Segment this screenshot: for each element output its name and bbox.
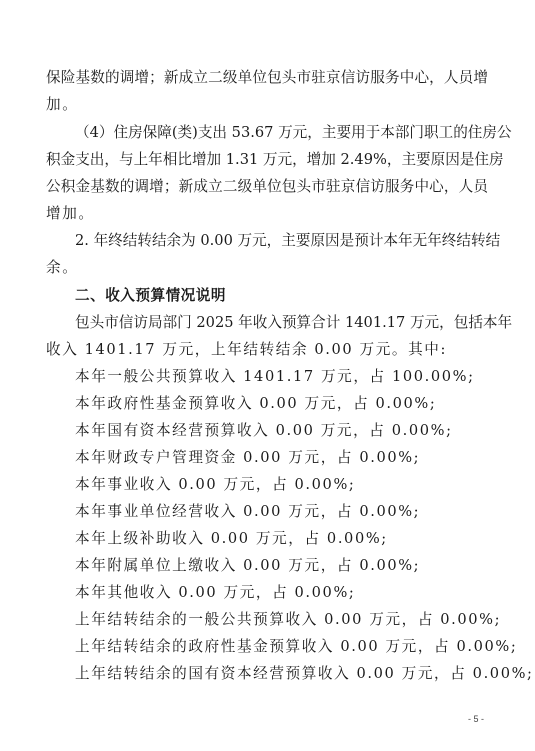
paragraph-line: 包头市信访局部门 2025 年收入预算合计 1401.17 万元，包括本年	[75, 312, 488, 334]
income-item: 本年政府性基金预算收入 0.00 万元，占 0.00%;	[75, 393, 488, 415]
income-item: 本年一般公共预算收入 1401.17 万元，占 100.00%;	[75, 366, 488, 388]
income-item: 本年附属单位上缴收入 0.00 万元，占 0.00%;	[75, 555, 488, 577]
paragraph-line: 增加。	[46, 203, 488, 225]
paragraph-line: 保险基数的调增；新成立二级单位包头市驻京信访服务中心，人员增	[46, 67, 488, 89]
section-heading: 二、收入预算情况说明	[75, 285, 488, 307]
paragraph-line: 积金支出，与上年相比增加 1.31 万元，增加 2.49%，主要原因是住房	[46, 149, 488, 171]
income-item: 本年事业收入 0.00 万元，占 0.00%;	[75, 474, 488, 496]
paragraph-line: 收入 1401.17 万元，上年结转结余 0.00 万元。其中:	[46, 339, 488, 361]
paragraph-line: 2. 年终结转结余为 0.00 万元，主要原因是预计本年无年终结转结	[75, 230, 488, 252]
paragraph-line: （4）住房保障(类)支出 53.67 万元，主要用于本部门职工的住房公	[75, 122, 488, 144]
income-item: 本年财政专户管理资金 0.00 万元，占 0.00%;	[75, 447, 488, 469]
document-page: 保险基数的调增；新成立二级单位包头市驻京信访服务中心，人员增 加。 （4）住房保…	[0, 0, 535, 751]
income-item: 本年上级补助收入 0.00 万元，占 0.00%;	[75, 528, 488, 550]
paragraph-line: 公积金基数的调增；新成立二级单位包头市驻京信访服务中心，人员	[46, 176, 488, 198]
income-item: 上年结转结余的政府性基金预算收入 0.00 万元，占 0.00%;	[75, 636, 488, 658]
paragraph-line: 余。	[46, 257, 488, 279]
income-item: 本年事业单位经营收入 0.00 万元，占 0.00%;	[75, 501, 488, 523]
income-item: 上年结转结余的一般公共预算收入 0.00 万元，占 0.00%;	[75, 609, 488, 631]
income-item: 本年其他收入 0.00 万元，占 0.00%;	[75, 582, 488, 604]
paragraph-line: 加。	[46, 94, 488, 116]
page-number: - 5 -	[468, 714, 484, 724]
income-item: 上年结转结余的国有资本经营预算收入 0.00 万元，占 0.00%;	[75, 663, 488, 685]
income-item: 本年国有资本经营预算收入 0.00 万元，占 0.00%;	[75, 420, 488, 442]
